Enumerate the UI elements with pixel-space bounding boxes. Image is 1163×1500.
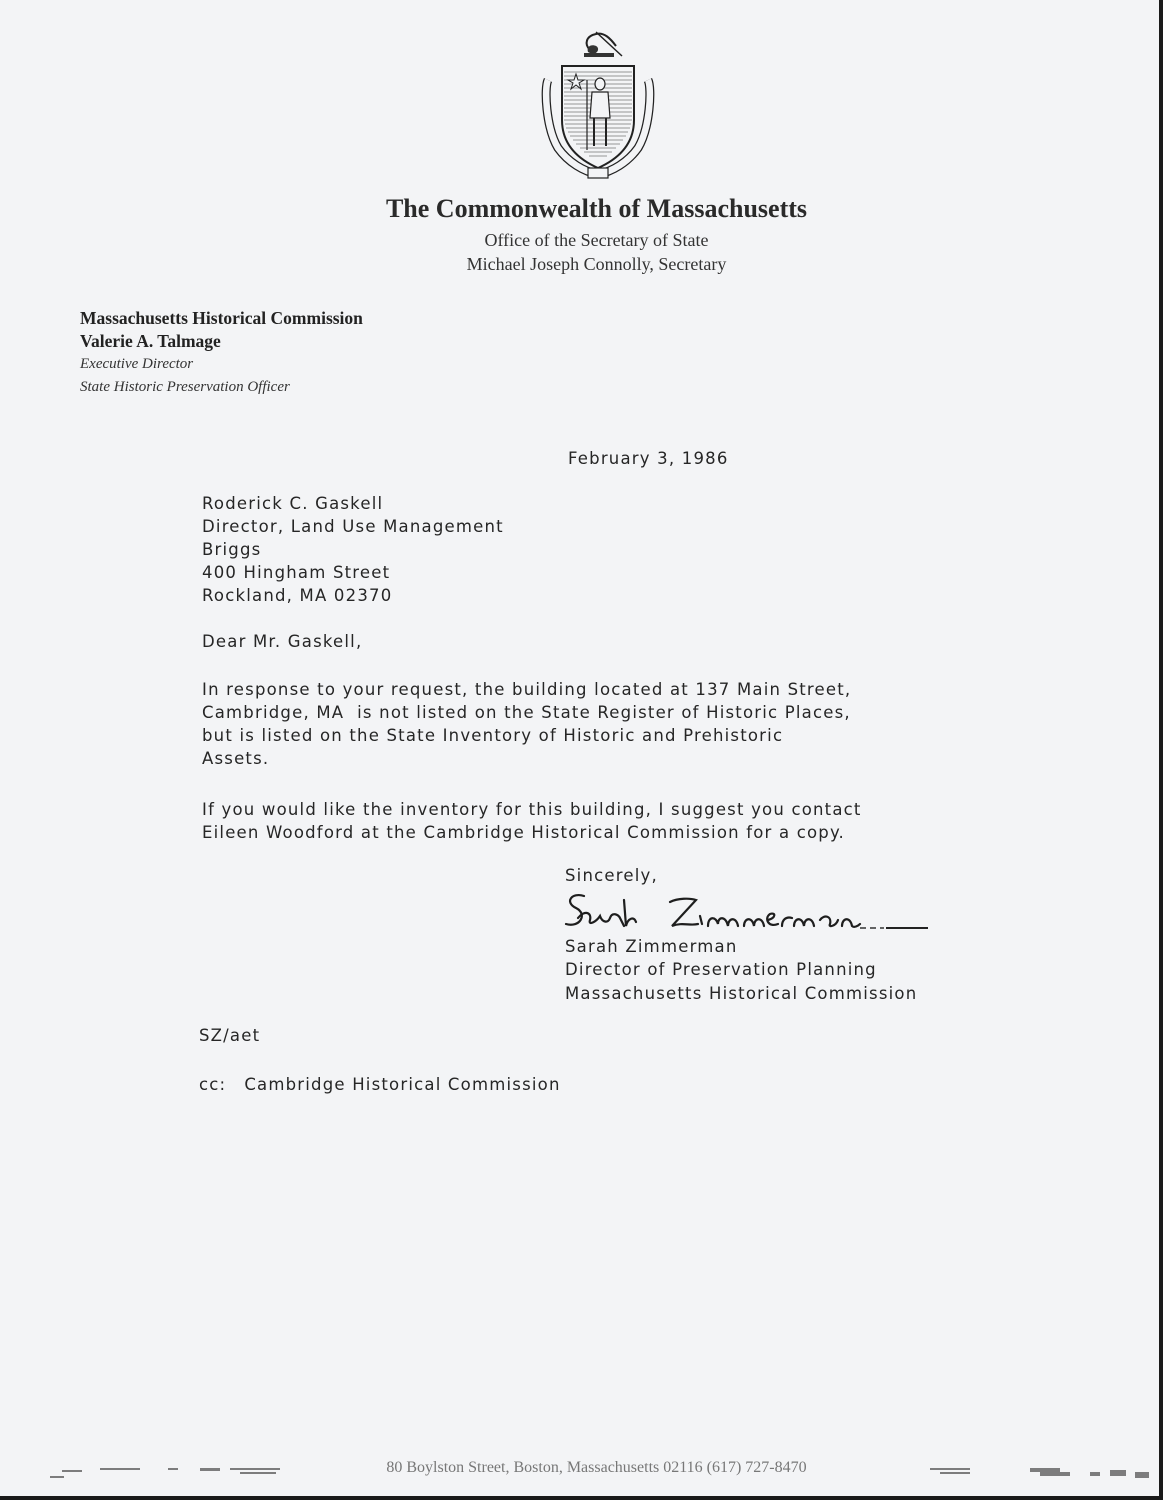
letterhead-title: The Commonwealth of Massachusetts	[0, 194, 1163, 224]
body-paragraph-1: In response to your request, the buildin…	[202, 678, 1062, 770]
letter-date: February 3, 1986	[568, 449, 729, 468]
recipient-title: Director, Land Use Management	[202, 517, 504, 536]
letterhead-secretary: Michael Joseph Connolly, Secretary	[0, 254, 1163, 275]
cc-recipient: Cambridge Historical Commission	[244, 1075, 560, 1094]
footer-address: 80 Boylston Street, Boston, Massachusett…	[0, 1459, 1163, 1477]
recipient-company: Briggs	[202, 540, 261, 559]
massachusetts-state-seal-icon	[540, 28, 656, 188]
paragraph-line: Eileen Woodford at the Cambridge Histori…	[202, 821, 1062, 844]
paragraph-line: but is listed on the State Inventory of …	[202, 724, 1062, 747]
signature-icon	[562, 888, 932, 936]
body-paragraph-2: If you would like the inventory for this…	[202, 798, 1062, 844]
carbon-copy-line: cc:Cambridge Historical Commission	[199, 1075, 561, 1094]
paragraph-line: Assets.	[202, 747, 1062, 770]
recipient-city: Rockland, MA 02370	[202, 586, 392, 605]
typist-initials: SZ/aet	[199, 1026, 260, 1045]
recipient-name: Roderick C. Gaskell	[202, 494, 383, 513]
department-title-executive: Executive Director	[80, 356, 193, 373]
letter-page: The Commonwealth of Massachusetts Office…	[0, 0, 1163, 1500]
signer-name: Sarah Zimmerman	[565, 937, 738, 956]
signer-organization: Massachusetts Historical Commission	[565, 984, 917, 1003]
salutation: Dear Mr. Gaskell,	[202, 632, 362, 651]
paragraph-line: If you would like the inventory for this…	[202, 798, 1062, 821]
signer-title: Director of Preservation Planning	[565, 960, 877, 979]
department-name: Massachusetts Historical Commission	[80, 308, 363, 329]
department-director: Valerie A. Talmage	[80, 331, 221, 352]
recipient-street: 400 Hingham Street	[202, 563, 390, 582]
cc-label: cc:	[199, 1075, 226, 1094]
paragraph-line: Cambridge, MA is not listed on the State…	[202, 701, 1062, 724]
closing: Sincerely,	[565, 866, 658, 885]
paragraph-line: In response to your request, the buildin…	[202, 678, 1062, 701]
letterhead-office: Office of the Secretary of State	[0, 230, 1163, 251]
department-title-shpo: State Historic Preservation Officer	[80, 379, 290, 396]
